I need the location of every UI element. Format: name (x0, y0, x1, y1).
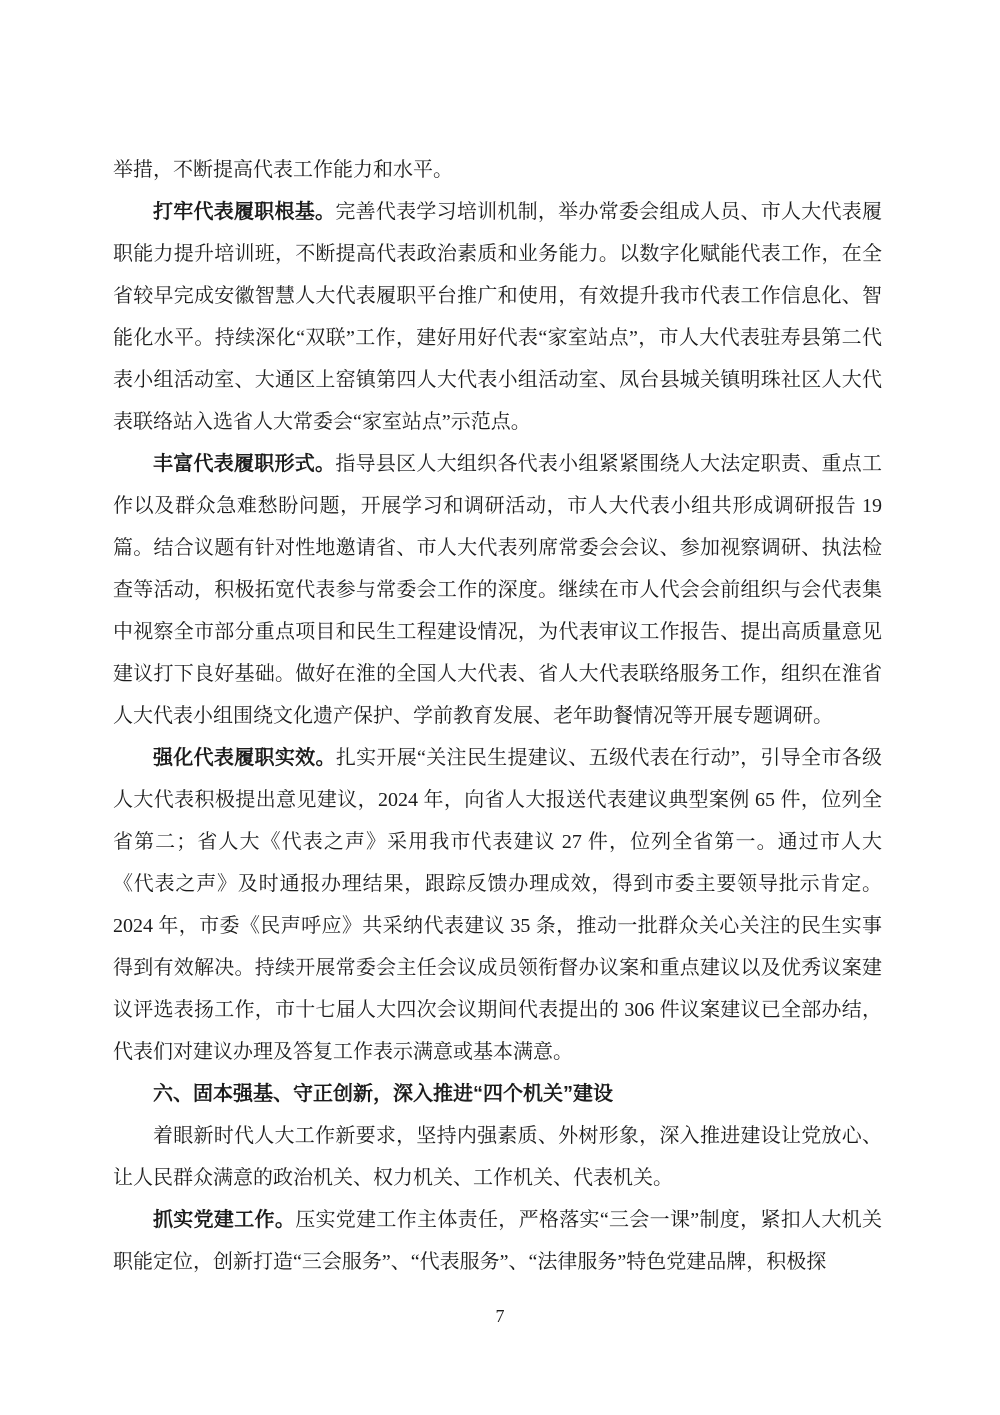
paragraph-continuation: 举措，不断提高代表工作能力和水平。 (113, 149, 882, 191)
paragraph-party-building: 抓实党建工作。压实党建工作主体责任，严格落实“三会一课”制度，紧扣人大机关职能定… (113, 1199, 882, 1283)
paragraph-lead: 打牢代表履职根基。 (153, 201, 335, 223)
paragraph-consolidate-duty-foundation: 打牢代表履职根基。完善代表学习培训机制，举办常委会组成人员、市人大代表履职能力提… (113, 191, 882, 443)
section-heading-six: 六、固本强基、守正创新，深入推进“四个机关”建设 (113, 1073, 882, 1115)
paragraph-lead: 丰富代表履职形式。 (153, 453, 335, 475)
paragraph-text: 扎实开展“关注民生提建议、五级代表在行动”，引导全市各级人大代表积极提出意见建议… (113, 747, 882, 1063)
paragraph-text: 举措，不断提高代表工作能力和水平。 (113, 159, 453, 181)
paragraph-enrich-duty-forms: 丰富代表履职形式。指导县区人大组织各代表小组紧紧围绕人大法定职责、重点工作以及群… (113, 443, 882, 737)
paragraph-new-era-requirements: 着眼新时代人大工作新要求，坚持内强素质、外树形象，深入推进建设让党放心、让人民群… (113, 1115, 882, 1199)
paragraph-lead: 抓实党建工作。 (153, 1209, 295, 1231)
heading-text: 六、固本强基、守正创新，深入推进“四个机关”建设 (153, 1083, 613, 1105)
paragraph-strengthen-duty-results: 强化代表履职实效。扎实开展“关注民生提建议、五级代表在行动”，引导全市各级人大代… (113, 737, 882, 1073)
paragraph-text: 完善代表学习培训机制，举办常委会组成人员、市人大代表履职能力提升培训班，不断提高… (113, 201, 882, 433)
body-text: 举措，不断提高代表工作能力和水平。 打牢代表履职根基。完善代表学习培训机制，举办… (113, 149, 882, 1283)
paragraph-lead: 强化代表履职实效。 (153, 747, 336, 769)
page-number: 7 (0, 1306, 1000, 1327)
document-page: 举措，不断提高代表工作能力和水平。 打牢代表履职根基。完善代表学习培训机制，举办… (0, 0, 1000, 1415)
paragraph-text: 指导县区人大组织各代表小组紧紧围绕人大法定职责、重点工作以及群众急难愁盼问题，开… (113, 453, 882, 727)
paragraph-text: 着眼新时代人大工作新要求，坚持内强素质、外树形象，深入推进建设让党放心、让人民群… (113, 1125, 882, 1189)
